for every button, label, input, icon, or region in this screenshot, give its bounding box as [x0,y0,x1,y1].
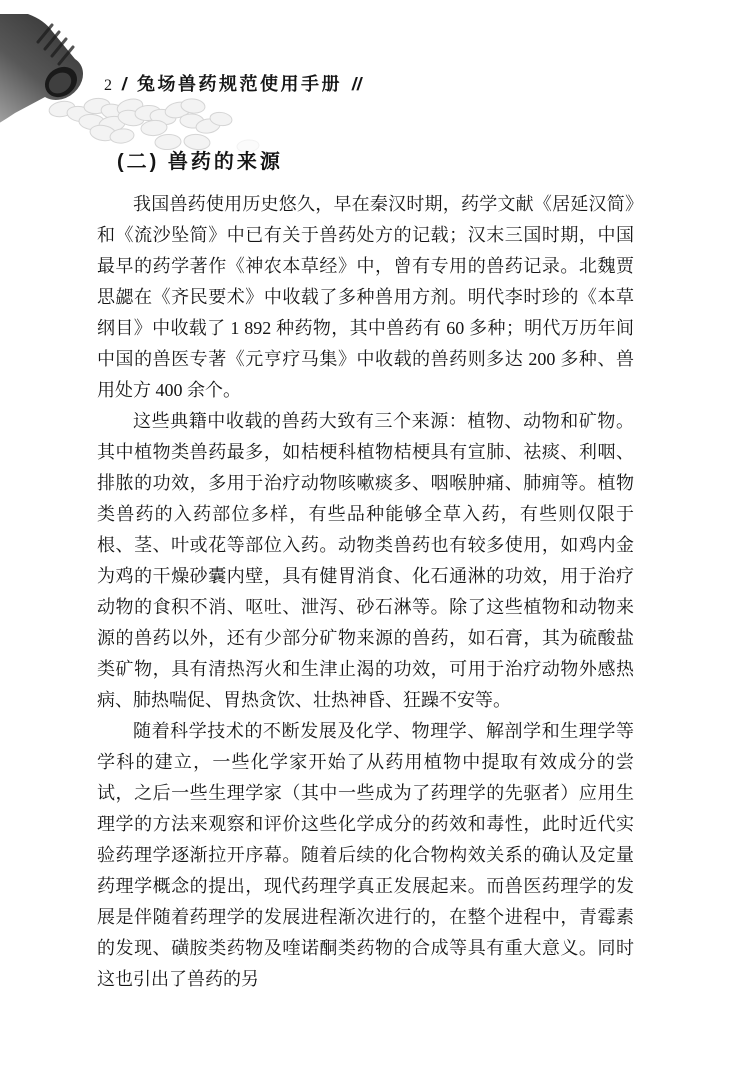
paragraph-1: 我国兽药使用历史悠久，早在秦汉时期，药学文献《居延汉简》和《流沙坠简》中已有关于… [97,189,634,406]
page-number: 2 [104,77,112,95]
paragraph-3: 随着科学技术的不断发展及化学、物理学、解剖学和生理学等学科的建立，一些化学家开始… [97,716,634,995]
section-heading: (二) 兽药的来源 [117,145,283,174]
body-text: 我国兽药使用历史悠久，早在秦汉时期，药学文献《居延汉简》和《流沙坠简》中已有关于… [97,189,634,995]
paragraph-2: 这些典籍中收载的兽药大致有三个来源：植物、动物和矿物。其中植物类兽药最多，如桔梗… [97,406,634,716]
header-slash: / [121,74,129,95]
book-page: 2 / 兔场兽药规范使用手册 // (二) 兽药的来源 我国兽药使用历史悠久，早… [0,0,730,1074]
running-header: 2 / 兔场兽药规范使用手册 // [104,70,362,96]
header-trailing-slashes: // [351,74,364,95]
book-title: 兔场兽药规范使用手册 [137,70,342,96]
